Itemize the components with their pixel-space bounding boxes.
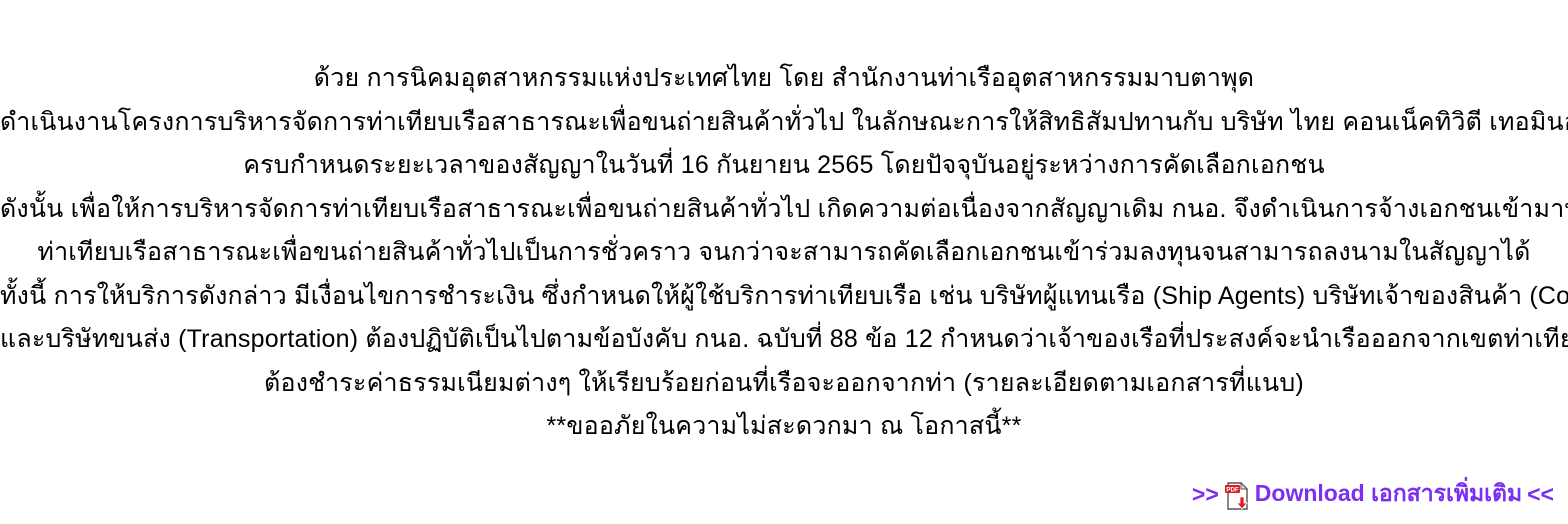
notice-line: **ขออภัยในความไม่สะดวกมา ณ โอกาสนี้** (0, 405, 1568, 449)
download-row: >> PDF Download เอกสารเพิ่มเติม << (1192, 476, 1554, 512)
notice-line: ดำเนินงานโครงการบริหารจัดการท่าเทียบเรือ… (0, 101, 1568, 145)
notice-line: ครบกำหนดระยะเวลาของสัญญาในวันที่ 16 กันย… (0, 144, 1568, 188)
announcement-page: ด้วย การนิคมอุตสาหกรรมแห่งประเทศไทย โดย … (0, 0, 1568, 524)
download-prefix-chevrons: >> (1192, 481, 1219, 508)
download-suffix-chevrons: << (1527, 481, 1554, 508)
download-link-label: Download เอกสารเพิ่มเติม (1255, 476, 1522, 512)
notice-line: และบริษัทขนส่ง (Transportation) ต้องปฏิบ… (0, 318, 1568, 362)
notice-line: ดังนั้น เพื่อให้การบริหารจัดการท่าเทียบเ… (0, 188, 1568, 232)
pdf-icon-badge-text: PDF (1226, 486, 1239, 493)
notice-line: ด้วย การนิคมอุตสาหกรรมแห่งประเทศไทย โดย … (0, 57, 1568, 101)
notice-line: ต้องชำระค่าธรรมเนียมต่างๆ ให้เรียบร้อยก่… (0, 362, 1568, 406)
notice-line: ท่าเทียบเรือสาธารณะเพื่อขนถ่ายสินค้าทั่ว… (0, 231, 1568, 275)
download-link[interactable]: >> PDF Download เอกสารเพิ่มเติม << (1192, 476, 1554, 512)
notice-text-block: ด้วย การนิคมอุตสาหกรรมแห่งประเทศไทย โดย … (0, 0, 1568, 449)
notice-line: ทั้งนี้ การให้บริการดังกล่าว มีเงื่อนไขก… (0, 275, 1568, 319)
pdf-download-icon: PDF (1224, 481, 1250, 511)
